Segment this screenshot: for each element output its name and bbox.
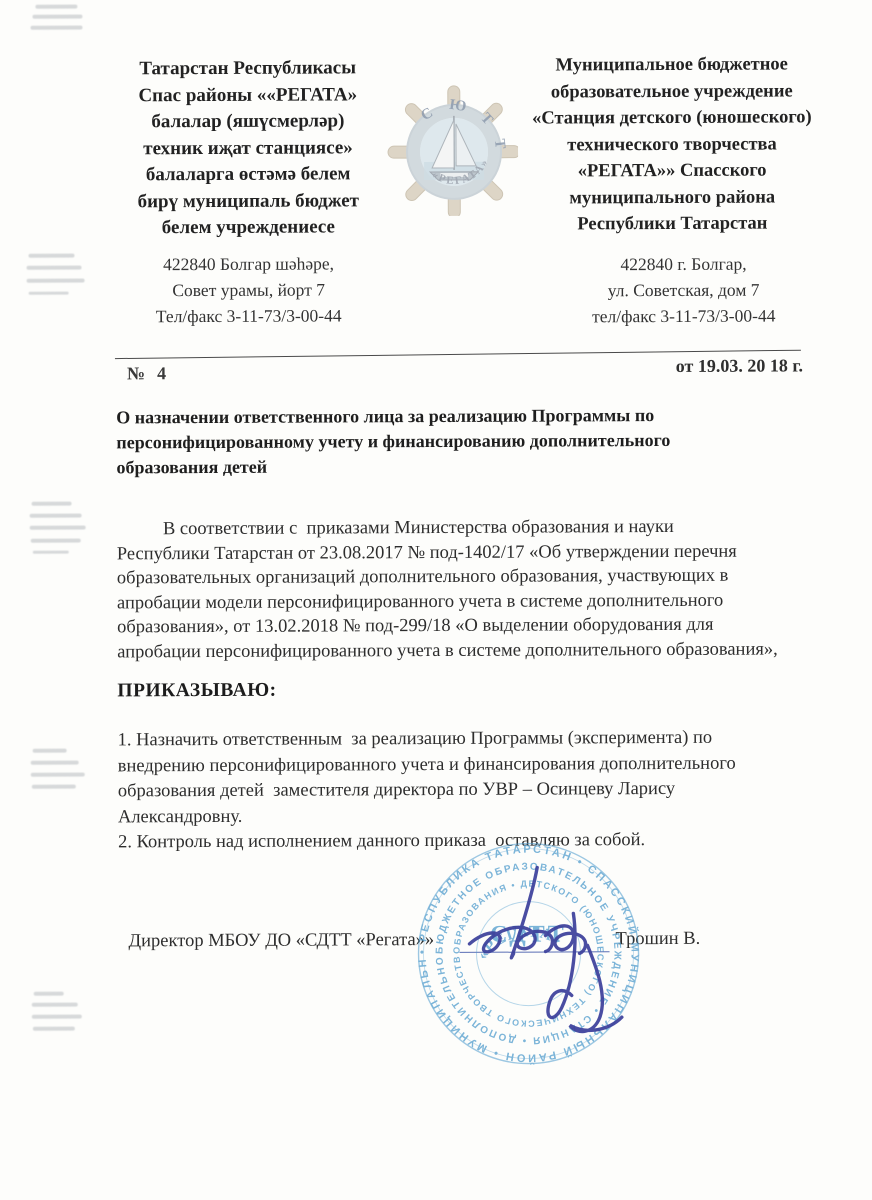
document-date: от 19.03. 20 18 г.: [559, 355, 803, 377]
order-items: 1. Назначить ответственным за реализацию…: [118, 725, 829, 856]
address-tatar: 422840 Болгар шәһәре, Совет урамы, йорт …: [98, 250, 398, 329]
scan-artifact-cluster-5: [0, 0, 869, 2]
org-name-tatar: Татарстан Республикасы Спас районы ««РЕГ…: [83, 55, 414, 242]
order-heading: ПРИКАЗЫВАЮ:: [117, 680, 276, 703]
signature-label: Директор МБОУ ДО «СДТТ «Регата»»: [128, 930, 434, 952]
scan-artifact-cluster-top: [0, 0, 869, 2]
scan-artifact-cluster-4: [0, 0, 869, 2]
scan-artifact-cluster-2: [0, 0, 869, 2]
document-number: № 4: [127, 363, 167, 384]
handwritten-signature: [441, 849, 662, 1060]
scan-artifact-cluster-3: [0, 0, 869, 2]
scanned-document-page: Татарстан Республикасы Спас районы ««РЕГ…: [0, 0, 872, 1200]
org-name-russian: Муниципальное бюджетное образовательное …: [486, 51, 859, 238]
document-subject: О назначении ответственного лица за реал…: [116, 402, 806, 480]
document-sheet: Татарстан Республикасы Спас районы ««РЕГ…: [0, 0, 872, 1200]
body-paragraph: В соответствии с приказами Министерства …: [117, 514, 838, 664]
address-russian: 422840 г. Болгар, ул. Советская, дом 7 т…: [528, 250, 838, 329]
